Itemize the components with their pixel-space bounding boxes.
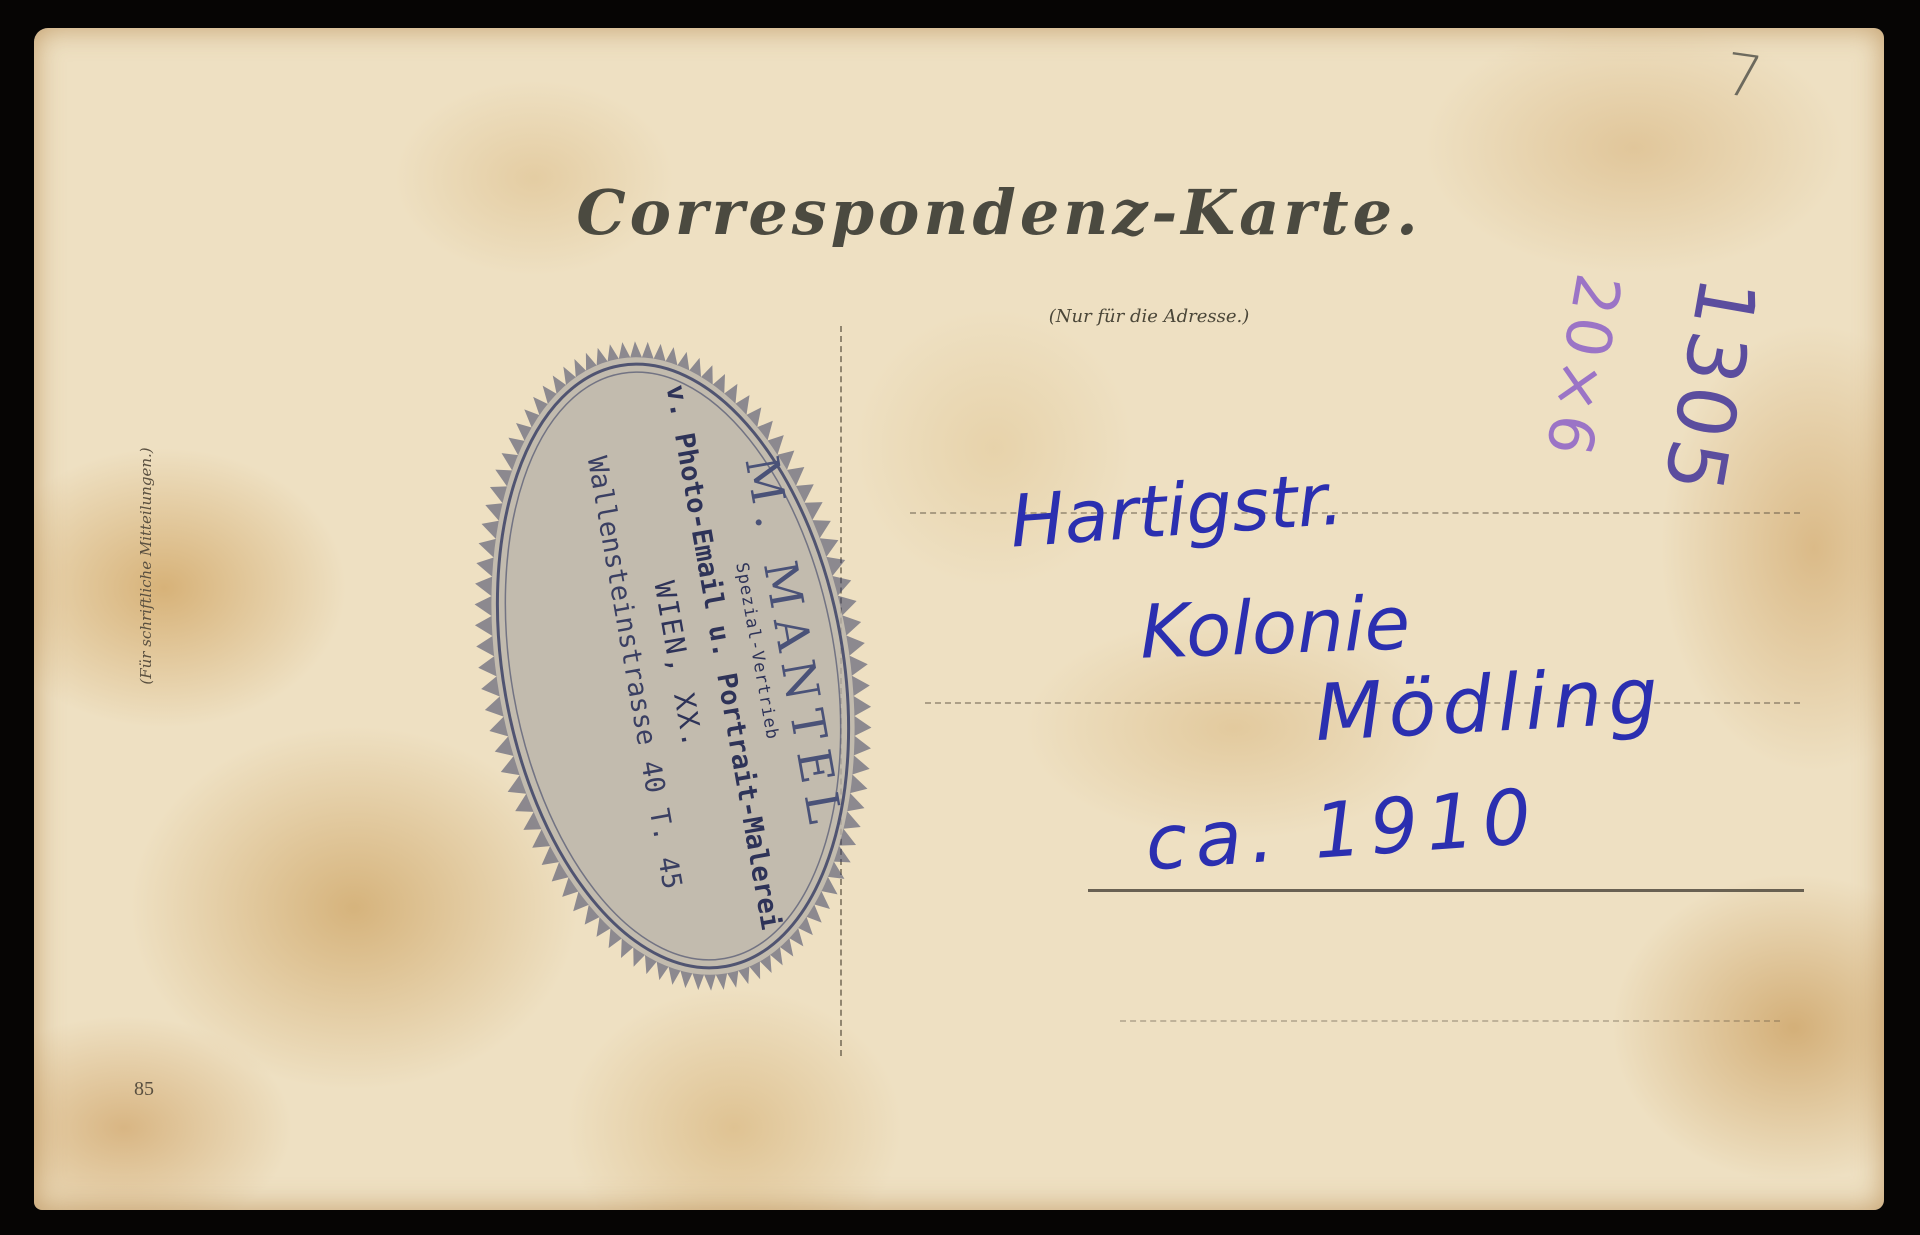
address-label: (Nur für die Adresse.) [994, 306, 1304, 327]
address-line-4 [1120, 1020, 1780, 1022]
card-title: Correspondenz-Karte. [34, 176, 1920, 249]
print-number: 85 [134, 1078, 154, 1101]
handwritten-town: Mödling [1313, 651, 1666, 759]
handwritten-colony: Kolonie [1139, 580, 1412, 675]
address-line-3 [1088, 889, 1804, 892]
message-label: (Für schriftliche Mitteilungen.) [137, 356, 157, 776]
postcard-back: Correspondenz-Karte. (Nur für die Adress… [34, 28, 1884, 1210]
